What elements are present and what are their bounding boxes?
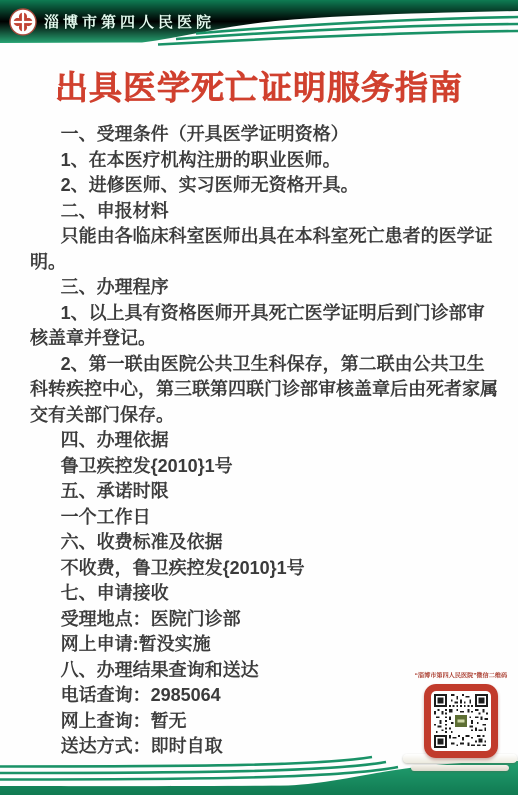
wechat-qr-code [424,684,498,758]
section-heading: 三、办理程序 [30,275,502,301]
qr-caption: “淄博市第四人民医院”微信二维码 [411,671,512,680]
paragraph: 网上申请:暂没实施 [30,632,502,658]
section-heading: 五、承诺时限 [30,479,502,505]
paragraph: 2、进修医师、实习医师无资格开具。 [30,173,502,199]
paragraph: 受理地点：医院门诊部 [30,607,502,633]
paragraph: 2、第一联由医院公共卫生科保存，第二联由公共卫生科转疾控中心，第三联第四联门诊部… [30,352,502,429]
page-title: 出具医学死亡证明服务指南 [0,62,518,109]
qr-code-image [431,691,491,751]
paragraph: 1、在本医疗机构注册的职业医师。 [30,148,502,174]
section-heading: 一、受理条件（开具医学证明资格） [30,122,502,148]
guide-body: 一、受理条件（开具医学证明资格） 1、在本医疗机构注册的职业医师。 2、进修医师… [30,122,502,760]
paragraph: 只能由各临床科室医师出具在本科室死亡患者的医学证明。 [30,224,502,275]
section-heading: 七、申请接收 [30,581,502,607]
hospital-logo-icon [9,8,37,36]
hospital-name: 淄博市第四人民医院 [44,11,215,32]
section-heading: 六、收费标准及依据 [30,530,502,556]
qr-stand-base [411,765,509,771]
paragraph: 鲁卫疾控发{2010}1号 [30,454,502,480]
section-heading: 四、办理依据 [30,428,502,454]
paragraph: 不收费，鲁卫疾控发{2010}1号 [30,556,502,582]
paragraph: 1、以上具有资格医师开具死亡医学证明后到门诊部审核盖章并登记。 [30,301,502,352]
section-heading: 二、申报材料 [30,199,502,225]
death-certificate-guide-poster: 淄博市第四人民医院 出具医学死亡证明服务指南 一、受理条件（开具医学证明资格） … [0,0,518,795]
paragraph: 一个工作日 [30,505,502,531]
